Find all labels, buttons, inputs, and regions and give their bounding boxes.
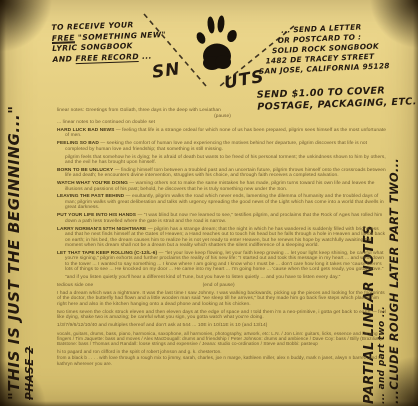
song-title: LARRY NORMAN'S 57TH NIGHTMARE: [57, 227, 146, 232]
clock-paragraph: two times seven the clock struck eleven …: [57, 310, 388, 321]
song-note-feeling-so-bad-extra: pilgrim feels that somehow he is dying; …: [57, 155, 388, 166]
mailing-address-note: ... SEND A LETTER OR POSTCARD TO : SOLID…: [257, 21, 390, 77]
hi-line: hi to pagard and ron clifford in the spi…: [57, 349, 388, 354]
song-note-hard-luck-bad-news: HARD LUCK BAD NEWS — feeling that life i…: [57, 128, 388, 139]
side-marker-row: tedious side one (end of pause): [57, 283, 388, 289]
song-text: — feeling that life is a strange ordeal …: [65, 128, 386, 139]
love-line: from a black b . . . . with love through…: [57, 355, 388, 366]
credits-paragraph: vocals, guitars, drums, bass, piano, har…: [57, 331, 388, 347]
listen-quietly-quote: "and if you listen quietly you'll hear a…: [57, 275, 388, 281]
liner-intro: linear notes: Greetings from Goliath, th…: [57, 108, 388, 114]
song-title: LEAVING THE PAST BEHIND: [57, 194, 124, 199]
song-note-watch-what-youre-doing: WATCH WHAT YOU'RE DOING — warning others…: [57, 181, 388, 192]
song-note-put-your-life-into-his-hands: PUT YOUR LIFE INTO HIS HANDS — "I was bl…: [57, 213, 388, 224]
song-note-57th-nightmare: LARRY NORMAN'S 57TH NIGHTMARE — pilgrim …: [57, 227, 388, 249]
song-note-let-that-tape-keep-rolling: LET THAT TAPE KEEP ROLLING (C-12/L-6) — …: [57, 251, 388, 273]
song-title: PUT YOUR LIFE INTO HIS HANDS: [57, 213, 136, 218]
song-text: — finding himself torn between a trouble…: [65, 168, 386, 179]
nightmare-paragraph: I had a dream which was a nightmare. It …: [57, 291, 388, 308]
song-note-leaving-the-past-behind: LEAVING THE PAST BEHIND — exultantly, pi…: [57, 194, 388, 211]
song-note-born-to-be-unlucky: BORN TO BE UNLUCKY — finding himself tor…: [57, 168, 388, 179]
song-title: FEELING SO BAD: [57, 141, 99, 146]
phase-2-crossed-out: PHASE 2: [24, 132, 36, 400]
side-note: tedious side one: [57, 283, 93, 288]
logo-sn-text: SN: [151, 59, 182, 83]
song-note-feeling-so-bad: FEELING SO BAD — seeking the comfort of …: [57, 141, 388, 152]
end-of-pause-note: (end of pause): [203, 283, 235, 289]
numbers-line: 1/3/7/9/6/12/10/40 and multiples thereof…: [57, 323, 388, 329]
liner-notes-text: linear notes: Greetings from Goliath, th…: [57, 108, 388, 368]
free-songbook-offer-note: TO RECEIVE YOUR FREE "SOMETHING NEW" LYR…: [51, 19, 167, 65]
edge-cut-note-text: ...CLUDE ROUGH LATER PART TWO...: [387, 136, 401, 404]
liner-intro-continued: ... linear notes to be continued on doub…: [57, 120, 388, 126]
pause-note: (pause): [57, 114, 388, 120]
song-title: WATCH WHAT YOU'RE DOING: [57, 181, 128, 186]
left-margin-note: "THIS IS JUST THE BEGINNING..." PHASE 2: [5, 132, 36, 400]
photo-background: SN UTS TO RECEIVE YOUR FREE "SOMETHING N…: [0, 0, 418, 406]
beginning-note-text: "THIS IS JUST THE BEGINNING...": [5, 132, 23, 400]
song-text: — seeking the comfort of human love and …: [65, 141, 367, 152]
paw-print-icon: [190, 13, 248, 73]
album-insert-paper: SN UTS TO RECEIVE YOUR FREE "SOMETHING N…: [0, 0, 418, 406]
